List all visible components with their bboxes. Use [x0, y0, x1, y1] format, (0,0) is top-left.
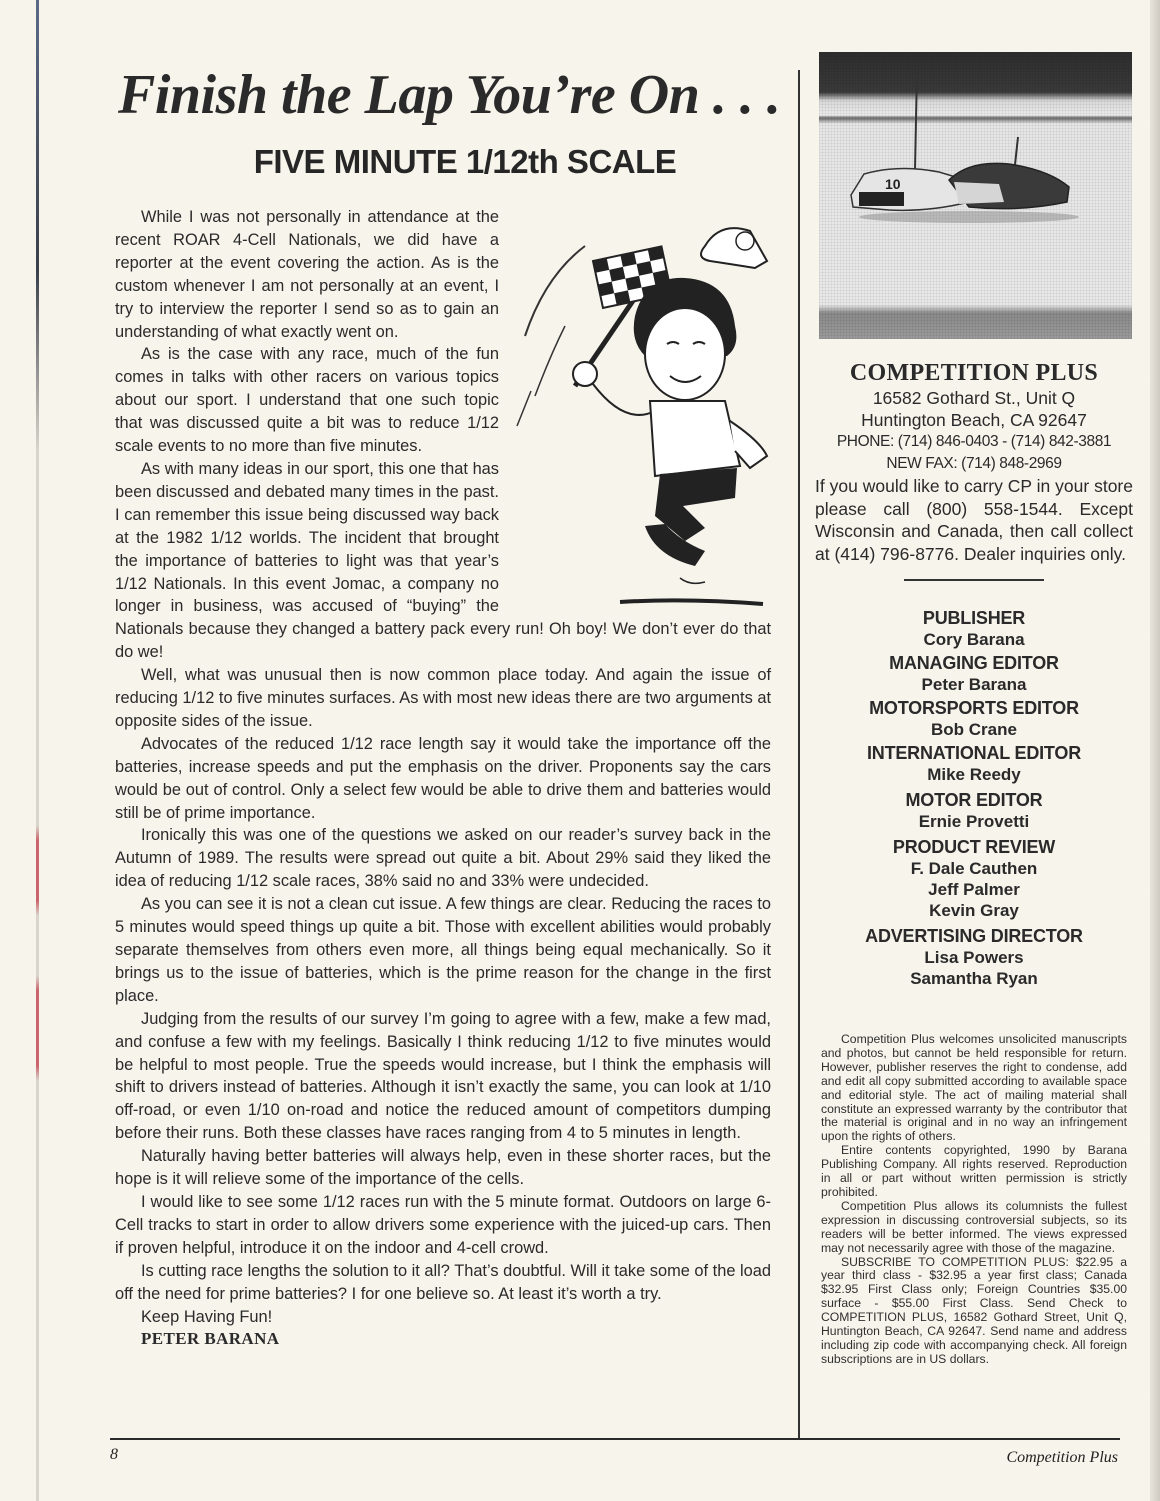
publication-name: COMPETITION PLUS [815, 359, 1133, 387]
masthead-name: Mike Reedy [815, 764, 1133, 785]
footer-publication-name: Competition Plus [1006, 1449, 1118, 1467]
article-subtitle: FIVE MINUTE 1/12th SCALE [100, 142, 790, 182]
fine-print-paragraph: Competition Plus welcomes unsolicited ma… [821, 1033, 1127, 1144]
page-shadow-edge [1150, 0, 1160, 1501]
paragraph: Advocates of the reduced 1/12 race lengt… [115, 733, 771, 825]
masthead-name: F. Dale Cauthen [815, 858, 1133, 879]
race-car-photo: 10 [819, 52, 1132, 339]
fine-print-paragraph: SUBSCRIBE TO COMPETITION PLUS: $22.95 a … [821, 1256, 1127, 1367]
masthead: PUBLISHER Cory Barana MANAGING EDITOR Pe… [815, 607, 1133, 989]
dealer-note: If you would like to carry CP in your st… [815, 475, 1133, 565]
article-body: While I was not personally in attendance… [115, 206, 771, 1351]
masthead-group: PUBLISHER Cory Barana [815, 607, 1133, 650]
address-line-2: Huntington Beach, CA 92647 [815, 409, 1133, 431]
masthead-group: MANAGING EDITOR Peter Barana [815, 652, 1133, 695]
masthead-role: MANAGING EDITOR [815, 652, 1133, 674]
masthead-group: MOTOR EDITOR Ernie Provetti [815, 789, 1133, 832]
masthead-group: PRODUCT REVIEW F. Dale Cauthen Jeff Palm… [815, 836, 1133, 921]
masthead-role: PUBLISHER [815, 607, 1133, 629]
masthead-name: Samantha Ryan [815, 968, 1133, 989]
paragraph: I would like to see some 1/12 races run … [115, 1191, 771, 1260]
binding-edge [36, 0, 39, 1501]
masthead-name: Ernie Provetti [815, 811, 1133, 832]
phone-numbers: PHONE: (714) 846-0403 - (714) 842-3881 [815, 431, 1133, 453]
signoff: Keep Having Fun! [115, 1306, 771, 1329]
article-title: Finish the Lap You’re On . . . [100, 60, 790, 130]
fine-print-paragraph: Competition Plus allows its columnists t… [821, 1200, 1127, 1256]
paragraph: Ironically this was one of the questions… [115, 824, 771, 893]
masthead-name: Cory Barana [815, 629, 1133, 650]
footer-rule [110, 1438, 1120, 1440]
masthead-role: MOTORSPORTS EDITOR [815, 697, 1133, 719]
address-line-1: 16582 Gothard St., Unit Q [815, 387, 1133, 409]
race-cars-image-icon: 10 [819, 52, 1132, 339]
paragraph: Judging from the results of our survey I… [115, 1008, 771, 1145]
fine-print-paragraph: Entire contents copyrighted, 1990 by Bar… [821, 1144, 1127, 1200]
paragraph: Is cutting race lengths the solution to … [115, 1260, 771, 1306]
paragraph: As you can see it is not a clean cut iss… [115, 893, 771, 1008]
article-header: Finish the Lap You’re On . . . FIVE MINU… [100, 60, 790, 182]
svg-text:10: 10 [885, 176, 901, 192]
masthead-group: MOTORSPORTS EDITOR Bob Crane [815, 697, 1133, 740]
masthead-name: Kevin Gray [815, 900, 1133, 921]
masthead-name: Peter Barana [815, 674, 1133, 695]
fax-number: NEW FAX: (714) 848-2969 [815, 453, 1133, 475]
masthead-name: Lisa Powers [815, 947, 1133, 968]
sidebar: 10 COMPETITION PLUS 16582 Gothard St., U… [815, 52, 1133, 1367]
flag-waver-cartoon-icon [505, 206, 785, 610]
masthead-name: Bob Crane [815, 719, 1133, 740]
masthead-role: MOTOR EDITOR [815, 789, 1133, 811]
masthead-role: ADVERTISING DIRECTOR [815, 925, 1133, 947]
masthead-role: INTERNATIONAL EDITOR [815, 742, 1133, 764]
column-divider [798, 70, 800, 1440]
masthead-group: INTERNATIONAL EDITOR Mike Reedy [815, 742, 1133, 785]
masthead-group: ADVERTISING DIRECTOR Lisa Powers Samanth… [815, 925, 1133, 989]
paragraph: Naturally having better batteries will a… [115, 1145, 771, 1191]
paragraph: Well, what was unusual then is now commo… [115, 664, 771, 733]
section-rule [904, 579, 1044, 581]
author-signature: PETER BARANA [115, 1328, 771, 1351]
cartoon-illustration [505, 206, 785, 610]
fine-print: Competition Plus welcomes unsolicited ma… [821, 1033, 1127, 1367]
page-number: 8 [110, 1446, 118, 1464]
masthead-role: PRODUCT REVIEW [815, 836, 1133, 858]
masthead-name: Jeff Palmer [815, 879, 1133, 900]
